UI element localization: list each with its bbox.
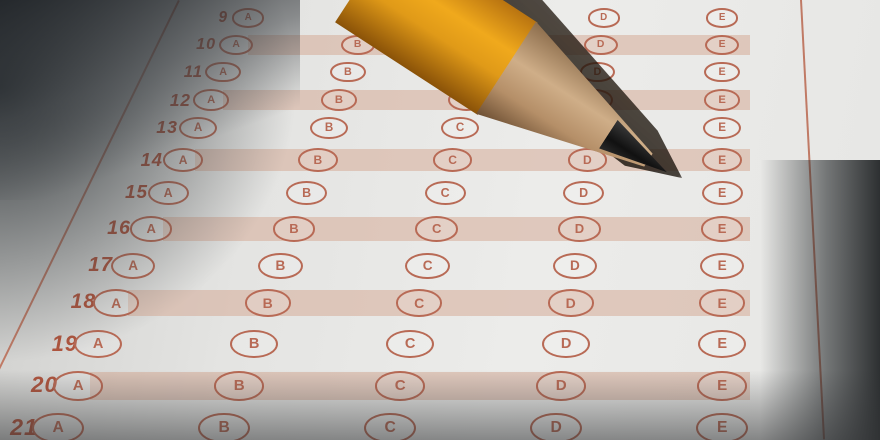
bubble-e[interactable]: E [697, 371, 747, 400]
bubble-c[interactable]: C [386, 330, 434, 358]
bubble-b[interactable]: B [214, 371, 264, 400]
bubble-a[interactable]: A [53, 371, 103, 400]
bubble-c[interactable]: C [433, 148, 472, 171]
bubble-c[interactable]: C [405, 253, 450, 279]
bubble-c[interactable]: C [441, 117, 479, 140]
bubble-c[interactable]: C [425, 181, 466, 205]
bubble-e[interactable]: E [700, 253, 745, 279]
question-number: 14 [103, 149, 163, 171]
bubble-e[interactable]: E [705, 35, 739, 55]
question-number: 11 [143, 62, 203, 82]
bubble-e[interactable]: E [701, 216, 744, 241]
bubble-b[interactable]: B [245, 289, 291, 316]
bubble-d[interactable]: D [536, 371, 586, 400]
question-number: 17 [53, 254, 113, 277]
bubble-e[interactable]: E [703, 117, 741, 140]
bubble-e[interactable]: E [696, 413, 747, 440]
bubble-c[interactable]: C [364, 413, 415, 440]
question-number: 15 [88, 182, 148, 204]
bubble-a[interactable]: A [193, 89, 230, 111]
bubble-c[interactable]: C [415, 216, 458, 241]
bubble-a[interactable]: A [205, 62, 240, 83]
bubble-b[interactable]: B [310, 117, 348, 140]
bubble-b[interactable]: B [198, 413, 249, 440]
bubble-b[interactable]: B [230, 330, 278, 358]
bubble-d[interactable]: D [558, 216, 601, 241]
bubble-b[interactable]: B [286, 181, 327, 205]
bubble-e[interactable]: E [699, 289, 745, 316]
bubble-b[interactable]: B [330, 62, 365, 83]
question-number: 16 [71, 217, 131, 240]
bubble-a[interactable]: A [148, 181, 189, 205]
bubble-c[interactable]: C [375, 371, 425, 400]
bubble-a[interactable]: A [179, 117, 217, 140]
question-number: 19 [18, 331, 78, 357]
bubble-e[interactable]: E [704, 62, 739, 83]
bubble-d[interactable]: D [553, 253, 598, 279]
answer-sheet-photo: 9ABCDE10ABCDE11ABCDE12ABCDE13ABCDE14ABCD… [0, 0, 880, 440]
question-number: 18 [36, 290, 96, 314]
bubble-d[interactable]: D [584, 35, 618, 55]
bubble-b[interactable]: B [258, 253, 303, 279]
bubble-b[interactable]: B [321, 89, 358, 111]
sheet-right-margin-line [800, 0, 825, 439]
bubble-a[interactable]: A [219, 35, 253, 55]
bubble-d[interactable]: D [542, 330, 590, 358]
bubble-a[interactable]: A [163, 148, 202, 171]
bubble-e[interactable]: E [704, 89, 741, 111]
bubble-e[interactable]: E [698, 330, 746, 358]
bubble-e[interactable]: E [706, 8, 738, 27]
bubble-a[interactable]: A [32, 413, 83, 440]
bubble-a[interactable]: A [130, 216, 173, 241]
bubble-d[interactable]: D [530, 413, 581, 440]
bubble-b[interactable]: B [273, 216, 316, 241]
bubble-c[interactable]: C [396, 289, 442, 316]
bubble-a[interactable]: A [232, 8, 264, 27]
question-number: 10 [156, 35, 216, 54]
bubble-d[interactable]: D [588, 8, 620, 27]
question-number: 20 [0, 372, 58, 398]
question-number: 12 [131, 90, 191, 111]
bubble-a[interactable]: A [74, 330, 122, 358]
question-number: 9 [168, 9, 228, 27]
question-number: 13 [118, 117, 178, 138]
bubble-b[interactable]: B [298, 148, 337, 171]
bubble-d[interactable]: D [548, 289, 594, 316]
bubble-a[interactable]: A [93, 289, 139, 316]
bubble-a[interactable]: A [111, 253, 156, 279]
bubble-e[interactable]: E [702, 181, 743, 205]
bubble-e[interactable]: E [702, 148, 741, 171]
